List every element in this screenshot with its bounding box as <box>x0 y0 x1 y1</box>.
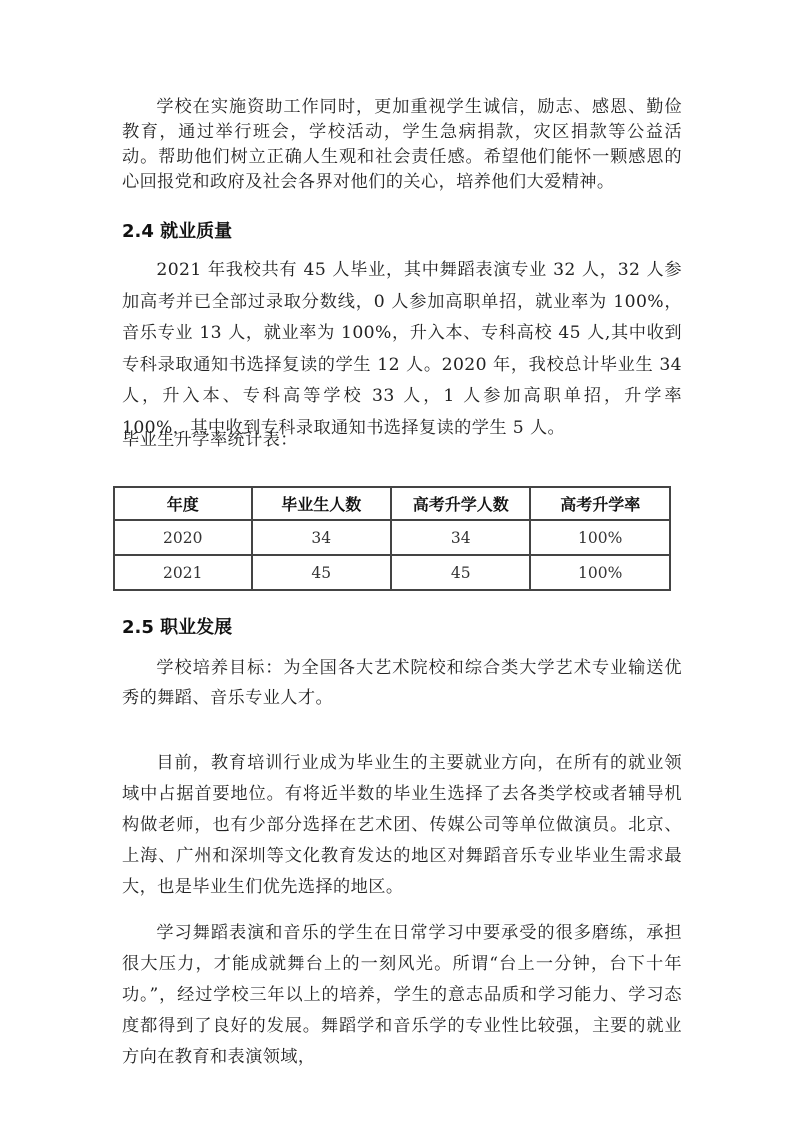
cell-graduates: 45 <box>252 555 391 590</box>
training-goal-paragraph: 学校培养目标：为全国各大艺术院校和综合类大学艺术专业输送优秀的舞蹈、音乐专业人才… <box>122 653 682 713</box>
graduate-admission-table: 年度 毕业生人数 高考升学人数 高考升学率 2020 34 34 100% 20… <box>113 486 671 591</box>
header-admitted: 高考升学人数 <box>391 487 530 520</box>
cell-admitted: 45 <box>391 555 530 590</box>
employment-direction-paragraph: 目前，教育培训行业成为毕业生的主要就业方向，在所有的就业领域中占据首要地位。有将… <box>122 748 682 903</box>
table-caption: 毕业生升学率统计表： <box>122 427 682 453</box>
cell-year: 2021 <box>114 555 252 590</box>
table-row: 2020 34 34 100% <box>114 520 670 555</box>
cell-admission-rate: 100% <box>530 520 670 555</box>
employment-quality-paragraph: 2021 年我校共有 45 人毕业，其中舞蹈表演专业 32 人，32 人参加高考… <box>122 255 682 444</box>
section-heading-employment-quality: 2.4 就业质量 <box>122 217 232 243</box>
header-year: 年度 <box>114 487 252 520</box>
student-development-paragraph: 学习舞蹈表演和音乐的学生在日常学习中要承受的很多磨练，承担很大压力，才能成就舞台… <box>122 918 682 1073</box>
header-graduates: 毕业生人数 <box>252 487 391 520</box>
cell-admission-rate: 100% <box>530 555 670 590</box>
table-header-row: 年度 毕业生人数 高考升学人数 高考升学率 <box>114 487 670 520</box>
cell-graduates: 34 <box>252 520 391 555</box>
table-row: 2021 45 45 100% <box>114 555 670 590</box>
cell-year: 2020 <box>114 520 252 555</box>
section-heading-career-development: 2.5 职业发展 <box>122 613 232 639</box>
intro-paragraph: 学校在实施资助工作同时，更加重视学生诚信，励志、感恩、勤俭教育，通过举行班会，学… <box>122 95 682 195</box>
cell-admitted: 34 <box>391 520 530 555</box>
header-admission-rate: 高考升学率 <box>530 487 670 520</box>
